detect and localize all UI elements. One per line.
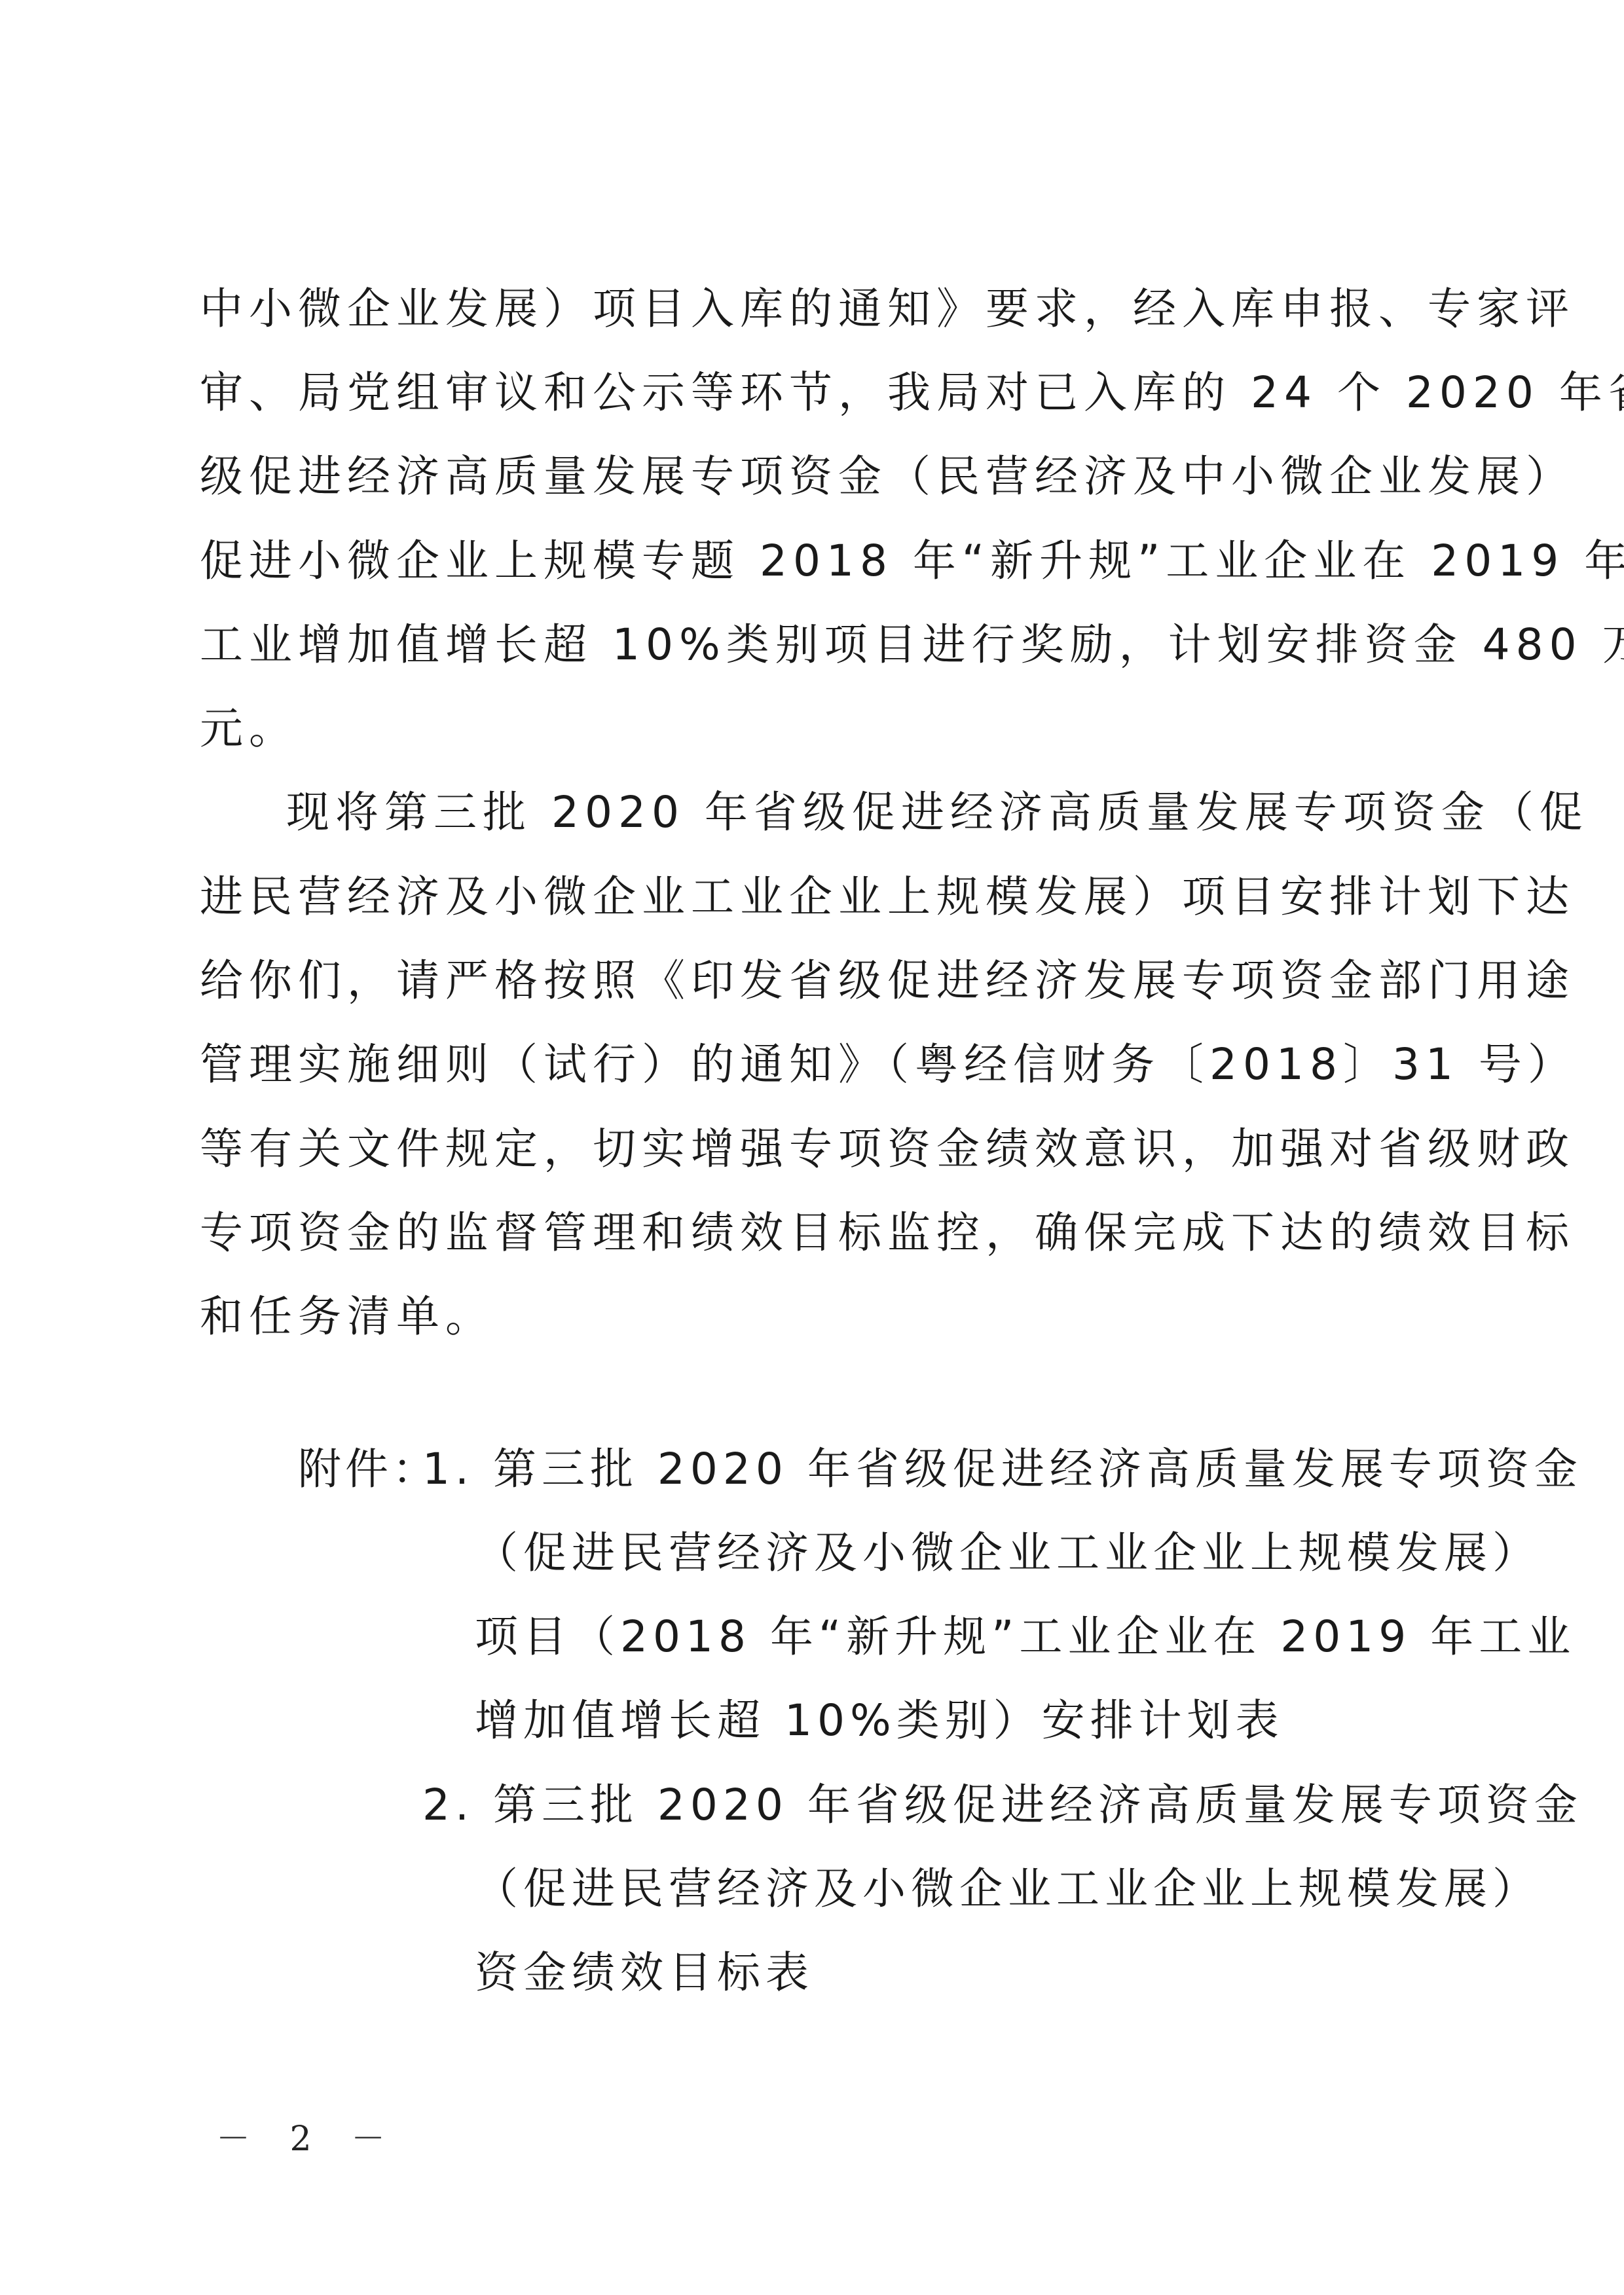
attachment-line: 增加值增长超 10%类别）安排计划表	[475, 1695, 1284, 1747]
attachment-line: （促进民营经济及小微企业工业企业上规模发展）	[475, 1863, 1541, 1915]
attachment-line: 1. 第三批 2020 年省级促进经济高质量发展专项资金	[422, 1443, 1583, 1496]
text-line: 促进小微企业上规模专题 2018 年“新升规”工业企业在 2019 年	[200, 535, 1624, 587]
text-line: 给你们，请严格按照《印发省级促进经济发展专项资金部门用途	[200, 955, 1575, 1007]
attachment-line: 2. 第三批 2020 年省级促进经济高质量发展专项资金	[422, 1779, 1583, 1831]
document-page: 中小微企业发展）项目入库的通知》要求，经入库申报、专家评 审、局党组审议和公示等…	[0, 0, 1624, 2295]
attachment-line: 项目（2018 年“新升规”工业企业在 2019 年工业	[475, 1611, 1576, 1663]
attachment-line: 资金绩效目标表	[475, 1947, 814, 1999]
page-number: － 2 －	[216, 2120, 399, 2159]
text-line: 元。	[200, 703, 298, 755]
text-line: 现将第三批 2020 年省级促进经济高质量发展专项资金（促	[286, 786, 1589, 839]
attachments-label: 附件：	[298, 1443, 439, 1496]
attachment-line: （促进民营经济及小微企业工业企业上规模发展）	[475, 1527, 1541, 1579]
text-line: 进民营经济及小微企业工业企业上规模发展）项目安排计划下达	[200, 871, 1575, 923]
text-line: 审、局党组审议和公示等环节，我局对已入库的 24 个 2020 年省	[200, 367, 1624, 419]
text-line: 专项资金的监督管理和绩效目标监控，确保完成下达的绩效目标	[200, 1207, 1575, 1259]
text-line: 管理实施细则（试行）的通知》（粤经信财务〔2018〕31 号）	[200, 1038, 1577, 1091]
text-line: 等有关文件规定，切实增强专项资金绩效意识，加强对省级财政	[200, 1123, 1575, 1175]
text-line: 中小微企业发展）项目入库的通知》要求，经入库申报、专家评	[200, 283, 1575, 335]
text-line: 工业增加值增长超 10%类别项目进行奖励，计划安排资金 480 万	[200, 619, 1624, 671]
text-line: 和任务清单。	[200, 1291, 494, 1343]
text-line: 级促进经济高质量发展专项资金（民营经济及中小微企业发展）	[200, 450, 1575, 503]
